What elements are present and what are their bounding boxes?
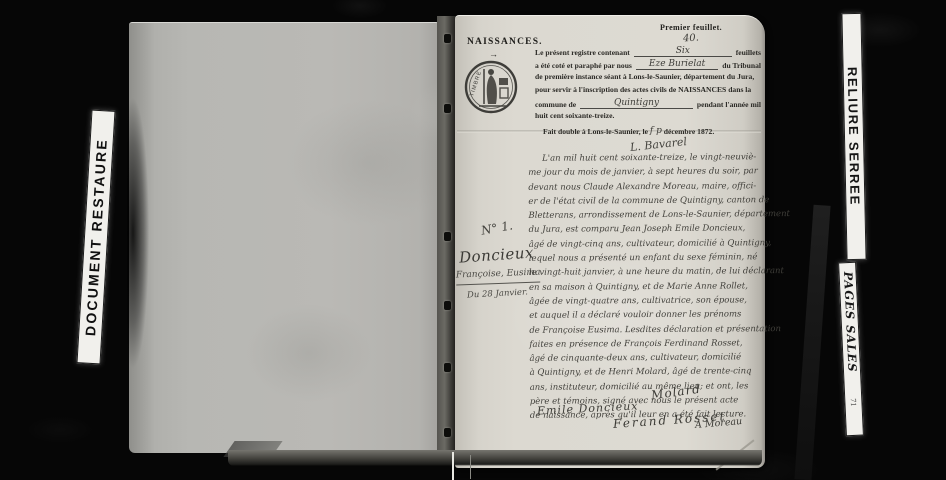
strip-marks: 71 <box>849 398 858 406</box>
printed-text: feuillets <box>736 48 761 57</box>
register-line: Le présent registre contenant Six feuill… <box>535 46 761 57</box>
binding-stitch <box>444 301 451 310</box>
act-body: L'an mil huit cent soixante-treize, le v… <box>528 150 770 423</box>
act-number: N° 1. <box>480 218 514 237</box>
handwritten-fill: f p <box>650 126 662 136</box>
act-line: du Jura, est comparu Jean Joseph Emile D… <box>529 222 769 238</box>
act-line: devant nous Claude Alexandre Moreau, mai… <box>528 179 768 195</box>
handwritten-fill: Quintigny <box>614 98 659 108</box>
register-line: commune de Quintigny pendant l'année mil <box>535 98 761 109</box>
register-line: a été coté et paraphé par nous Eze Burie… <box>535 59 761 70</box>
printed-text: de première instance séant à Lons-le-Sau… <box>535 72 754 81</box>
binding-stitch <box>444 104 451 113</box>
margin-date-note: Du 28 Janvier. <box>467 287 528 300</box>
page-edge-shadow <box>127 83 161 393</box>
act-line: de Françoise Eusima. Lesdites déclaratio… <box>529 322 769 338</box>
folio-label: Premier feuillet. <box>660 23 722 32</box>
act-line: me jour du mois de janvier, à sept heure… <box>528 164 768 180</box>
book-spine <box>437 16 456 460</box>
pages-sales-label: PAGES SALES <box>840 271 859 373</box>
binding-stitch <box>444 34 451 43</box>
left-page-blank <box>129 22 438 453</box>
register-line: pour servir à l'inscription des actes ci… <box>535 85 761 94</box>
folio-number-handwritten: 40. <box>683 32 700 44</box>
section-title: NAISSANCES. <box>467 37 543 47</box>
printed-text: commune de <box>535 100 576 109</box>
binding-thread <box>452 452 454 480</box>
printed-text: Fait double à Lons-le-Saunier, le <box>543 127 648 136</box>
page-stack-edge <box>228 450 762 466</box>
printed-text: pour servir à l'inscription des actes ci… <box>535 85 676 94</box>
printed-text: du Tribunal <box>722 61 761 70</box>
right-page-act: Premier feuillet. 40. NAISSANCES. → TIMB… <box>455 15 765 468</box>
stamp-timbre-text: TIMBRE <box>469 70 483 97</box>
revenue-stamp: TIMBRE <box>463 57 519 122</box>
scanned-register-image: DOCUMENT RESTAURE Premier feuillet. 40. … <box>0 0 946 480</box>
binding-strip-label: RELIURE SERREE <box>845 67 863 207</box>
binding-stitch <box>444 363 451 372</box>
printed-text-bold: NAISSANCES <box>678 85 726 94</box>
printed-text: décembre 1872. <box>664 127 714 136</box>
binding-stitch <box>444 232 451 241</box>
act-line: et auquel il a déclaré vouloir donner le… <box>529 307 769 323</box>
register-line: de première instance séant à Lons-le-Sau… <box>535 72 761 81</box>
register-line: huit cent soixante-treize. <box>535 111 761 120</box>
printed-text: huit cent soixante-treize. <box>535 111 614 120</box>
printed-text: dans la <box>728 85 751 94</box>
handwritten-fill: Six <box>676 46 690 56</box>
printed-text: Le présent registre contenant <box>535 48 630 57</box>
act-line: le vingt-huit janvier, à une heure du ma… <box>529 265 769 281</box>
printed-text: pendant l'année mil <box>697 100 761 109</box>
act-line: à Quintigny, et de Henri Molard, âgé de … <box>530 365 770 381</box>
binding-thread <box>470 455 471 479</box>
register-line: Fait double à Lons-le-Saunier, le f p dé… <box>543 126 769 136</box>
binding-stitch <box>444 428 451 437</box>
printed-text: a été coté et paraphé par nous <box>535 61 632 70</box>
margin-surname: Doncieux <box>458 243 534 266</box>
handwritten-fill: Eze Burielat <box>649 59 705 69</box>
